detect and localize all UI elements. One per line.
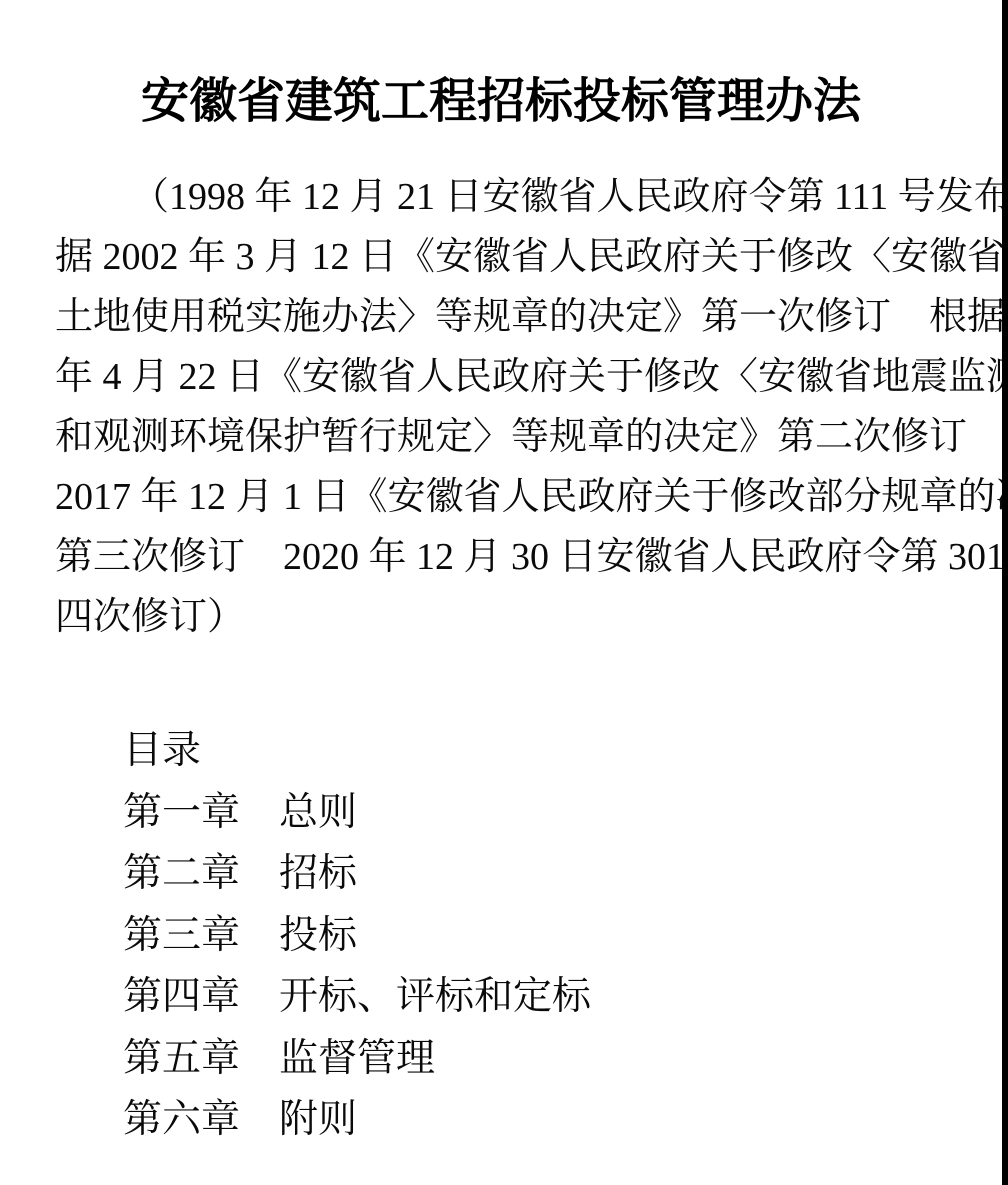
toc-item: 第五章 监督管理 (123, 1028, 983, 1090)
right-edge-bar (1002, 0, 1008, 1185)
toc-item: 第三章 投标 (123, 905, 983, 967)
document-title: 安徽省建筑工程招标投标管理办法 (0, 72, 1002, 132)
preamble-line: （1998 年 12 月 21 日安徽省人民政府令第 111 号发布 根 (55, 167, 987, 227)
preamble: （1998 年 12 月 21 日安徽省人民政府令第 111 号发布 根据 20… (55, 167, 987, 647)
preamble-line: 和观测环境保护暂行规定〉等规章的决定》第二次修订 根据 (55, 407, 987, 467)
preamble-line: 第三次修订 2020 年 12 月 30 日安徽省人民政府令第 301 号第 (55, 527, 987, 587)
toc-list: 第一章 总则第二章 招标第三章 投标第四章 开标、评标和定标第五章 监督管理第六… (123, 782, 983, 1151)
preamble-line: 年 4 月 22 日《安徽省人民政府关于修改〈安徽省地震监测设施 (55, 347, 987, 407)
toc-item: 第四章 开标、评标和定标 (123, 966, 983, 1028)
toc-item: 第六章 附则 (123, 1089, 983, 1151)
toc-item: 第一章 总则 (123, 782, 983, 844)
preamble-line: 2017 年 12 月 1 日《安徽省人民政府关于修改部分规章的决定》 (55, 467, 987, 527)
toc-heading: 目录 (123, 720, 983, 782)
preamble-line: 土地使用税实施办法〉等规章的决定》第一次修订 根据 2008 (55, 287, 987, 347)
preamble-line: 四次修订） (55, 587, 987, 647)
preamble-line: 据 2002 年 3 月 12 日《安徽省人民政府关于修改〈安徽省城镇 (55, 227, 987, 287)
table-of-contents: 目录 第一章 总则第二章 招标第三章 投标第四章 开标、评标和定标第五章 监督管… (123, 720, 983, 1151)
document-page: 安徽省建筑工程招标投标管理办法 （1998 年 12 月 21 日安徽省人民政府… (0, 0, 1008, 1185)
toc-item: 第二章 招标 (123, 843, 983, 905)
